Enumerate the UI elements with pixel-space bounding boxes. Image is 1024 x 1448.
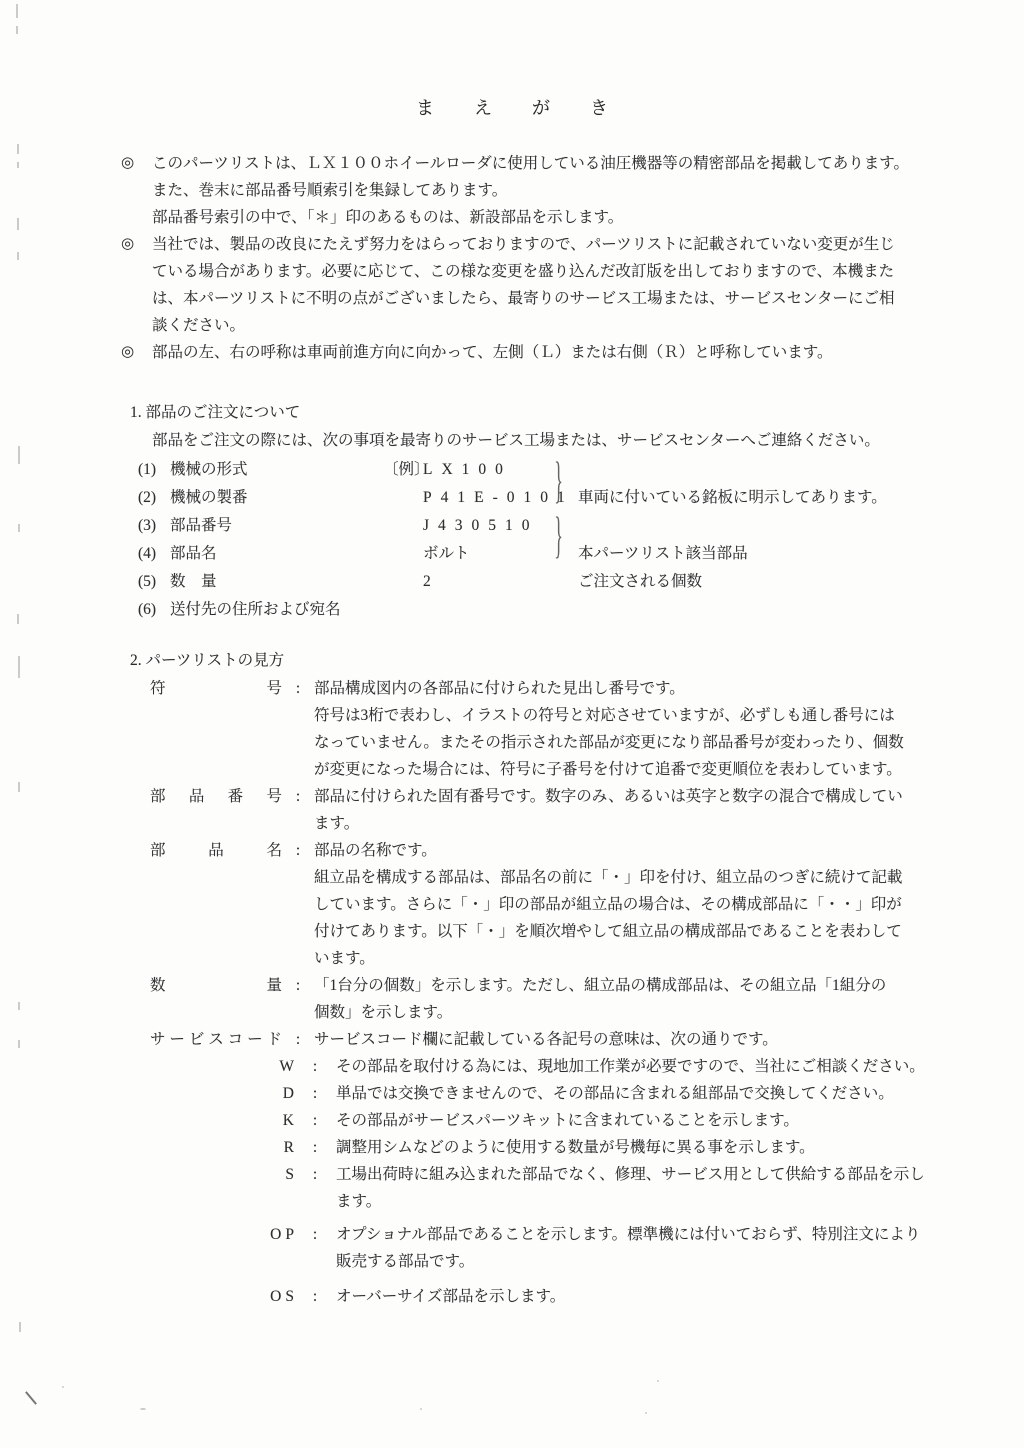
service-code-row: R : 調整用シムなどのように使用する数量が号機毎に異る事を示します。 — [130, 1134, 990, 1161]
scan-artifact — [645, 1412, 647, 1414]
definition-colon: : — [290, 1026, 306, 1053]
scan-artifact — [17, 218, 19, 230]
service-code-letter: K — [238, 1107, 298, 1134]
item-note: 車両に付いている銘板に明示してあります。 — [578, 484, 887, 512]
service-code-letter: OS — [238, 1283, 298, 1310]
service-code-text-line: 販売する部品です。 — [336, 1248, 922, 1275]
definition-colon: : — [290, 972, 306, 999]
section-heading: 2. パーツリストの見方 — [130, 647, 990, 674]
double-circle-bullet-icon: ◎ — [121, 339, 152, 366]
definition-text-line: 組立品を構成する部品は、部品名の前に「・」印を付け、組立品のつぎに続けて記載 — [314, 864, 926, 891]
service-code-letter: OP — [238, 1221, 298, 1248]
item-number: (4) — [138, 540, 156, 568]
item-number: (5) — [138, 568, 156, 596]
item-value: ボルト — [423, 540, 470, 568]
definition-text-line: しています。さらに「・」印の部品が組立品の場合は、その構成部品に「・・」印が — [314, 891, 926, 918]
definition-row: 数量 : 「1台分の個数」を示します。ただし、組立品の構成部品は、その組立品「1… — [130, 972, 990, 1026]
scan-artifact — [16, 4, 18, 18]
definition-text-line: 符号は3桁で表わし、イラストの符号と対応させていますが、必ずしも通し番号には — [314, 702, 926, 729]
service-code-row: OS : オーバーサイズ部品を示します。 — [130, 1283, 990, 1310]
service-code-row: S : 工場出荷時に組み込まれた部品でなく、修理、サービス用として供給する部品を… — [130, 1161, 990, 1215]
definition-text-line: ます。 — [314, 810, 926, 837]
definition-text-line: なっていません。またその指示された部品が変更になり部品番号が変わったり、個数 — [314, 729, 926, 756]
preface-text-line: 部品番号索引の中で、「＊」印のあるものは、新設部品を示します。 — [152, 204, 921, 231]
scan-artifact — [657, 1380, 659, 1382]
item-label: 部品名 — [170, 540, 217, 568]
section-intro: 部品をご注文の際には、次の事項を最寄りのサービス工場または、サービスセンターへご… — [130, 427, 990, 454]
service-code-row: D : 単品では交換できませんので、その部品に含まれる組部品で交換してください。 — [130, 1080, 990, 1107]
service-code-colon: : — [308, 1161, 322, 1188]
scan-artifact — [17, 144, 19, 154]
preface-text-line: ている場合があります。必要に応じて、この様な変更を盛り込んだ改訂版を出しておりま… — [152, 258, 921, 285]
service-code-list: W : その部品を取付ける為には、現地加工作業が必要ですので、当社にご相談くださ… — [130, 1053, 990, 1310]
definition-text-line: 部品構成図内の各部品に付けられた見出し番号です。 — [314, 675, 926, 702]
service-code-letter: D — [238, 1080, 298, 1107]
scanned-document-page: まえがき ◎ このパーツリストは、ＬＸ１００ホイールローダに使用している油圧機器… — [0, 0, 1024, 1448]
preface-bullet: ◎ このパーツリストは、ＬＸ１００ホイールローダに使用している油圧機器等の精密部… — [121, 150, 921, 231]
service-code-row: OP : オプショナル部品であることを示します。標準機には付いておらず、特別注文… — [130, 1221, 990, 1275]
definition-text-line: が変更になった場合には、符号に子番号を付けて追番で変更順位を表わしています。 — [314, 756, 926, 783]
service-code-colon: : — [308, 1283, 322, 1310]
scan-artifact — [18, 1002, 20, 1010]
item-number: (1) — [138, 456, 156, 484]
item-label: 数 量 — [170, 568, 217, 596]
scan-artifact — [18, 1040, 20, 1048]
scan-artifact — [17, 252, 19, 260]
service-code-colon: : — [308, 1080, 322, 1107]
group-brace: } — [552, 514, 566, 564]
scan-artifact — [25, 1391, 37, 1405]
item-value: J430510 — [423, 512, 539, 540]
service-code-text-line: 単品では交換できませんので、その部品に含まれる組部品で交換してください。 — [336, 1080, 922, 1107]
definition-row: 符号 : 部品構成図内の各部品に付けられた見出し番号です。 符号は3桁で表わし、… — [130, 675, 990, 783]
definition-colon: : — [290, 837, 306, 864]
scan-artifact — [19, 1322, 21, 1332]
scan-artifact — [62, 1386, 64, 1388]
item-value: 2 — [423, 568, 431, 596]
service-code-letter: W — [238, 1053, 298, 1080]
group-brace: } — [552, 458, 566, 510]
preface: ◎ このパーツリストは、ＬＸ１００ホイールローダに使用している油圧機器等の精密部… — [121, 150, 921, 366]
preface-text-line: 当社では、製品の改良にたえず努力をはらっておりますので、パーツリストに記載されて… — [152, 231, 921, 258]
definition-text-line: 「1台分の個数」を示します。ただし、組立品の構成部品は、その組立品「1組分の — [314, 972, 926, 999]
definition-text-line: います。 — [314, 945, 926, 972]
order-item-row: (6) 送付先の住所および宛名 — [130, 596, 990, 624]
scan-artifact — [17, 162, 19, 168]
preface-text-line: また、巻末に部品番号順索引を集録してあります。 — [152, 177, 921, 204]
section-reading-list: 2. パーツリストの見方 符号 : 部品構成図内の各部品に付けられた見出し番号で… — [130, 647, 990, 1310]
item-number: (2) — [138, 484, 156, 512]
definition-colon: : — [290, 675, 306, 702]
section-heading: 1. 部品のご注文について — [130, 399, 990, 426]
scan-artifact — [18, 446, 20, 464]
scan-artifact — [16, 26, 18, 34]
service-code-colon: : — [308, 1134, 322, 1161]
scan-artifact — [18, 782, 20, 792]
definition-list: 符号 : 部品構成図内の各部品に付けられた見出し番号です。 符号は3桁で表わし、… — [130, 675, 990, 1053]
page-title: まえがき — [0, 94, 1024, 120]
item-label: 機械の製番 — [170, 484, 248, 512]
scan-artifact — [18, 524, 20, 532]
service-code-text-line: オーバーサイズ部品を示します。 — [336, 1283, 922, 1310]
item-note: ご注文される個数 — [578, 568, 702, 596]
item-note: 本パーツリスト該当部品 — [578, 540, 748, 568]
scan-artifact — [17, 614, 19, 624]
item-label: 部品番号 — [170, 512, 232, 540]
definition-row: 部品名 : 部品の名称です。 組立品を構成する部品は、部品名の前に「・」印を付け… — [130, 837, 990, 972]
preface-text-line: は、本パーツリストに不明の点がございましたら、最寄りのサービス工場または、サービ… — [152, 285, 921, 312]
preface-bullet: ◎ 部品の左、右の呼称は車両前進方向に向かって、左側（Ｌ）または右側（Ｒ）と呼称… — [121, 339, 921, 366]
service-code-colon: : — [308, 1221, 322, 1248]
definition-text-line: サービスコード欄に記載している各記号の意味は、次の通りです。 — [314, 1026, 926, 1053]
preface-bullet: ◎ 当社では、製品の改良にたえず努力をはらっておりますので、パーツリストに記載さ… — [121, 231, 921, 339]
service-code-text-line: 調整用シムなどのように使用する数量が号機毎に異る事を示します。 — [336, 1134, 922, 1161]
scan-artifact — [420, 1408, 422, 1410]
service-code-text-line: 工場出荷時に組み込まれた部品でなく、修理、サービス用として供給する部品を示し — [336, 1161, 922, 1188]
definition-term: 部品番号 — [150, 783, 282, 810]
definition-text-line: 部品の名称です。 — [314, 837, 926, 864]
preface-text-line: 部品の左、右の呼称は車両前進方向に向かって、左側（Ｌ）または右側（Ｒ）と呼称して… — [152, 339, 921, 366]
definition-row: 部品番号 : 部品に付けられた固有番号です。数字のみ、あるいは英字と数字の混合で… — [130, 783, 990, 837]
item-number: (6) — [138, 596, 156, 624]
service-code-text-line: オプショナル部品であることを示します。標準機には付いておらず、特別注文により — [336, 1221, 922, 1248]
service-code-text-line: ます。 — [336, 1188, 922, 1215]
service-code-letter: R — [238, 1134, 298, 1161]
double-circle-bullet-icon: ◎ — [121, 231, 152, 258]
definition-text-line: 部品に付けられた固有番号です。数字のみ、あるいは英字と数字の混合で構成してい — [314, 783, 926, 810]
definition-text-line: 個数」を示します。 — [314, 999, 926, 1026]
definition-row: サービスコード : サービスコード欄に記載している各記号の意味は、次の通りです。 — [130, 1026, 990, 1053]
service-code-colon: : — [308, 1053, 322, 1080]
scan-artifact — [18, 656, 20, 678]
preface-text-line: このパーツリストは、ＬＸ１００ホイールローダに使用している油圧機器等の精密部品を… — [152, 150, 921, 177]
double-circle-bullet-icon: ◎ — [121, 150, 152, 177]
service-code-row: K : その部品がサービスパーツキットに含まれていることを示します。 — [130, 1107, 990, 1134]
definition-term: 数量 — [150, 972, 282, 999]
preface-text-line: 談ください。 — [152, 312, 921, 339]
item-label: 機械の形式 — [170, 456, 248, 484]
definition-colon: : — [290, 783, 306, 810]
service-code-text-line: その部品を取付ける為には、現地加工作業が必要ですので、当社にご相談ください。 — [336, 1053, 922, 1080]
item-label: 送付先の住所および宛名 — [170, 596, 341, 624]
service-code-colon: : — [308, 1107, 322, 1134]
item-value: LX100 — [423, 456, 512, 484]
item-number: (3) — [138, 512, 156, 540]
scan-artifact — [140, 1408, 146, 1410]
definition-term: サービスコード — [150, 1026, 282, 1053]
order-item-row: (5) 数 量 2 ご注文される個数 — [130, 568, 990, 596]
definition-text-line: 付けてあります。以下「・」を順次増やして組立品の構成部品であることを表わして — [314, 918, 926, 945]
service-code-text-line: その部品がサービスパーツキットに含まれていることを示します。 — [336, 1107, 922, 1134]
service-code-letter: S — [238, 1161, 298, 1188]
service-code-row: W : その部品を取付ける為には、現地加工作業が必要ですので、当社にご相談くださ… — [130, 1053, 990, 1080]
definition-term: 符号 — [150, 675, 282, 702]
definition-term: 部品名 — [150, 837, 282, 864]
